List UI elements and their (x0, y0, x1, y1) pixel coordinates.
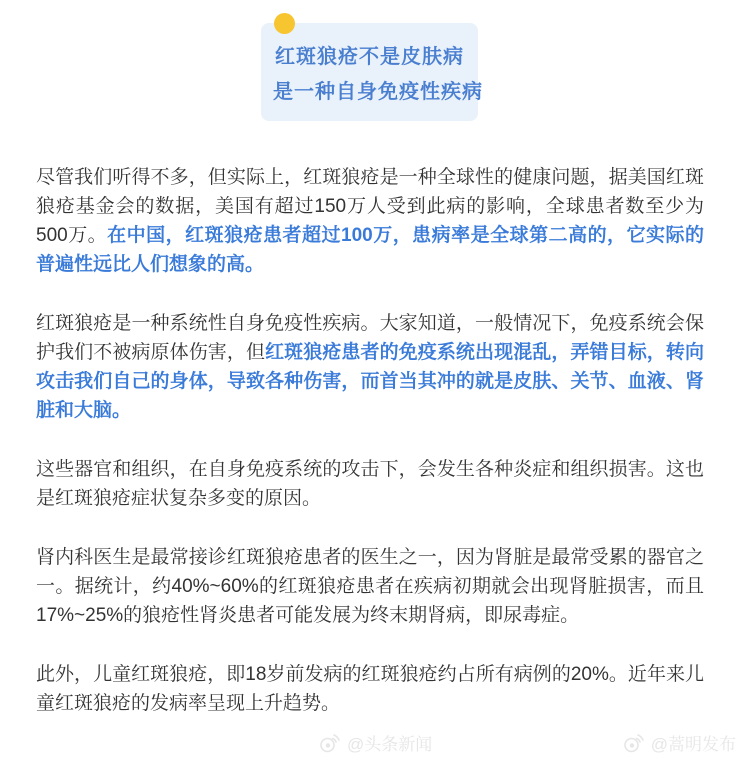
weibo-icon (622, 731, 646, 755)
paragraph-text: 此外，儿童红斑狼疮，即18岁前发病的红斑狼疮约占所有病例的20%。近年来儿童红斑… (36, 664, 704, 714)
weibo-icon (318, 731, 342, 755)
article-body: 尽管我们听得不多，但实际上，红斑狼疮是一种全球性的健康问题，据美国红斑狼疮基金会… (36, 163, 704, 718)
right-watermark: @蒿明发布 (622, 730, 736, 755)
article-page: 红斑狼疮不是皮肤病 是一种自身免疫性疾病 尽管我们听得不多，但实际上，红斑狼疮是… (0, 0, 739, 761)
paragraph-autoimmune-explanation: 红斑狼疮是一种系统性自身免疫性疾病。大家知道，一般情况下，免疫系统会保护我们不被… (36, 309, 704, 425)
paragraph-global-problem: 尽管我们听得不多，但实际上，红斑狼疮是一种全球性的健康问题，据美国红斑狼疮基金会… (36, 163, 704, 279)
watermark-text: @头条新闻 (347, 730, 432, 755)
article-title-line1: 红斑狼疮不是皮肤病 (273, 40, 466, 75)
left-watermark: @头条新闻 (318, 730, 432, 755)
paragraph-kidney-statistics: 肾内科医生是最常接诊红斑狼疮患者的医生之一，因为肾脏是最常受累的器官之一。据统计… (36, 543, 704, 630)
article-title-line2: 是一种自身免疫性疾病 (273, 75, 466, 110)
paragraph-text: 肾内科医生是最常接诊红斑狼疮患者的医生之一，因为肾脏是最常受累的器官之一。据统计… (36, 547, 704, 626)
paragraph-highlight-text: 在中国，红斑狼疮患者超过100万，患病率是全球第二高的，它实际的普遍性远比人们想… (36, 225, 704, 275)
title-card: 红斑狼疮不是皮肤病 是一种自身免疫性疾病 (261, 23, 478, 121)
watermark-text: @蒿明发布 (651, 730, 736, 755)
yellow-dot-icon (274, 13, 295, 34)
paragraph-text: 这些器官和组织，在自身免疫系统的攻击下，会发生各种炎症和组织损害。这也是红斑狼疮… (36, 459, 704, 509)
paragraph-organ-damage: 这些器官和组织，在自身免疫系统的攻击下，会发生各种炎症和组织损害。这也是红斑狼疮… (36, 455, 704, 513)
paragraph-children-cases: 此外，儿童红斑狼疮，即18岁前发病的红斑狼疮约占所有病例的20%。近年来儿童红斑… (36, 660, 704, 718)
watermark-row: @头条新闻 @蒿明发布 (0, 728, 739, 756)
